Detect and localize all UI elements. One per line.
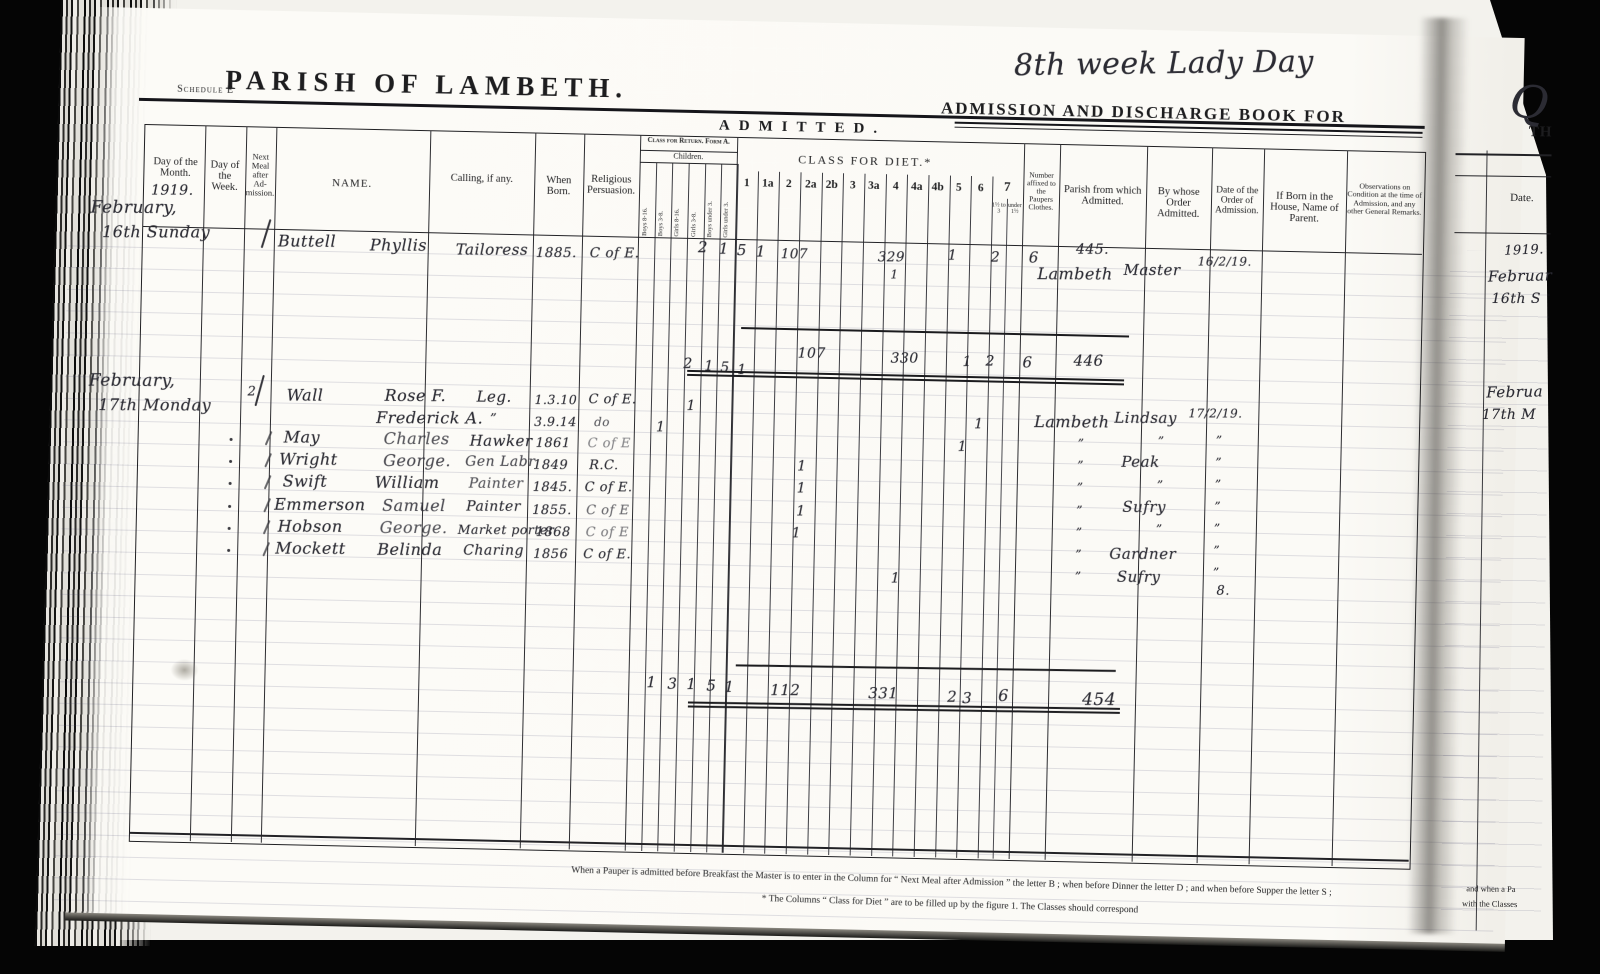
admission-book-right-page: Q TH Date. 1919. Februar 16th S Februa 1… bbox=[0, 0, 1600, 974]
footnote-fragment-2: with the Classes bbox=[1462, 899, 1517, 909]
scanned-register-page: Schedule E PARISH OF LAMBETH. 8th week L… bbox=[0, 0, 1600, 974]
handwritten-flourish: Q bbox=[1506, 72, 1553, 132]
entry-year: 1919. bbox=[1504, 242, 1544, 259]
header-rule bbox=[1456, 153, 1552, 156]
entry-day-feb16: 16th S bbox=[1491, 291, 1541, 307]
right-page-title-fragment: TH bbox=[1529, 125, 1553, 141]
header-rule bbox=[1454, 232, 1550, 234]
col-header-date: Date. bbox=[1497, 193, 1547, 205]
ruled-lines bbox=[1441, 250, 1550, 913]
entry-month-feb16: Februar bbox=[1488, 266, 1553, 285]
entry-month-feb17: Februa bbox=[1486, 382, 1543, 401]
entry-day-feb17: 17th M bbox=[1482, 407, 1536, 423]
footnote-fragment-1: and when a Pa bbox=[1466, 884, 1515, 894]
header-rule bbox=[1455, 175, 1551, 177]
